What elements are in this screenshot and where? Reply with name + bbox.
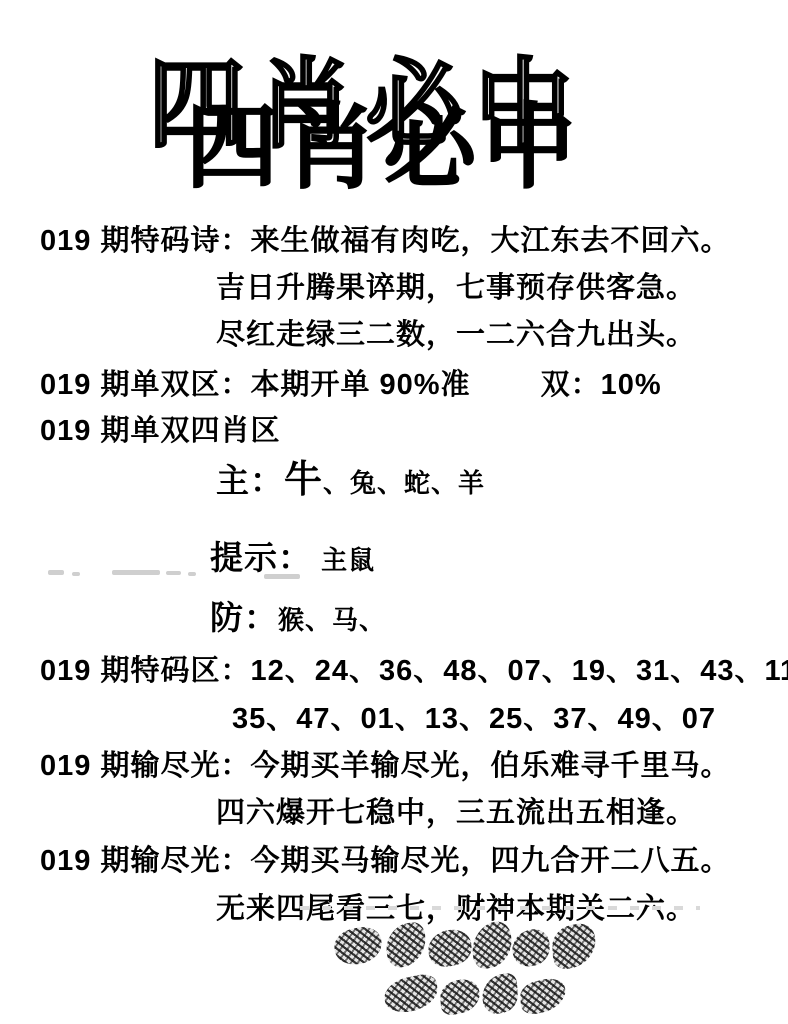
dan-value: 本期开单 90%准	[250, 369, 470, 401]
title-solid-text: 四肖必中	[186, 74, 582, 206]
obscured-text-blob	[384, 971, 438, 1018]
obscured-text-blob	[428, 925, 473, 971]
tema-zone-line1: 019 期特码区：12、24、36、48、07、19、31、43、11、23、	[40, 648, 788, 689]
tema-poem-line1: 019 期特码诗：来生做福有肉吃，大江东去不回六。	[40, 218, 730, 259]
zhu-main-animal: 牛	[284, 459, 323, 501]
shujinguang1-label: 019 期输尽光：	[40, 750, 250, 782]
erased-text-smudge	[48, 570, 64, 575]
dan-shuang-line: 019 期单双区：本期开单 90%准双：10%	[40, 362, 662, 403]
shujinguang1-line2: 四六爆开七稳中，三五流出五相逢。	[216, 790, 696, 831]
fang-value: 猴、马、	[278, 605, 386, 635]
tema-zone-label: 019 期特码区：	[40, 655, 250, 687]
obscured-text-blob	[440, 975, 481, 1017]
erased-text-smudge	[72, 572, 80, 576]
shujinguang2-line1: 019 期输尽光：今期买马输尽光，四九合开二八五。	[40, 838, 730, 879]
obscured-text-blob	[512, 925, 551, 970]
zhu-rest-animals: 、兔、蛇、羊	[323, 468, 485, 498]
tema-poem-label: 019 期特码诗：	[40, 225, 250, 257]
sixiao-zone-header: 019 期单双四肖区	[40, 408, 280, 449]
tema-poem-line2: 吉日升腾果谇期，七事预存供客急。	[216, 265, 696, 306]
erased-text-smudge	[166, 571, 181, 575]
obscured-text-blob	[334, 922, 383, 969]
erased-text-smudge	[112, 570, 160, 575]
erased-text-smudge	[264, 574, 300, 579]
tema-poem-verse1: 来生做福有肉吃，大江东去不回六。	[250, 225, 730, 257]
tip-label: 提示：	[210, 539, 312, 576]
shujinguang2-verse1: 今期买马输尽光，四九合开二八五。	[250, 845, 730, 877]
tema-poem-line3: 尽红走绿三二数，一二六合九出头。	[216, 312, 696, 353]
shuang-value: 双：10%	[541, 362, 662, 403]
dan-shuang-label: 019 期单双区：	[40, 369, 250, 401]
lottery-tip-sheet: 四肖必中 四肖必中 019 期特码诗：来生做福有肉吃，大江东去不回六。 吉日升腾…	[0, 0, 788, 1024]
zhu-label: 主：	[216, 462, 284, 499]
tema-zone-line2: 35、47、01、13、25、37、49、07	[232, 696, 716, 737]
zhu-line: 主：牛、兔、蛇、羊	[216, 448, 485, 503]
fang-label: 防：	[210, 599, 278, 636]
shujinguang2-label: 019 期输尽光：	[40, 845, 250, 877]
obscured-text-blob	[481, 971, 518, 1018]
erased-text-smudge	[188, 572, 196, 576]
tip-value: 主鼠	[321, 545, 375, 575]
faint-dotted-streak	[300, 906, 700, 910]
tip-line: 提示： 主鼠	[210, 532, 375, 579]
tema-zone-numbers1: 12、24、36、48、07、19、31、43、11、23、	[250, 655, 788, 687]
shujinguang1-line1: 019 期输尽光：今期买羊输尽光，伯乐难寻千里马。	[40, 743, 730, 784]
shujinguang1-verse1: 今期买羊输尽光，伯乐难寻千里马。	[250, 750, 730, 782]
fang-line: 防：猴、马、	[210, 592, 386, 639]
obscured-text-blob	[551, 920, 596, 972]
obscured-text-blob	[520, 975, 567, 1018]
